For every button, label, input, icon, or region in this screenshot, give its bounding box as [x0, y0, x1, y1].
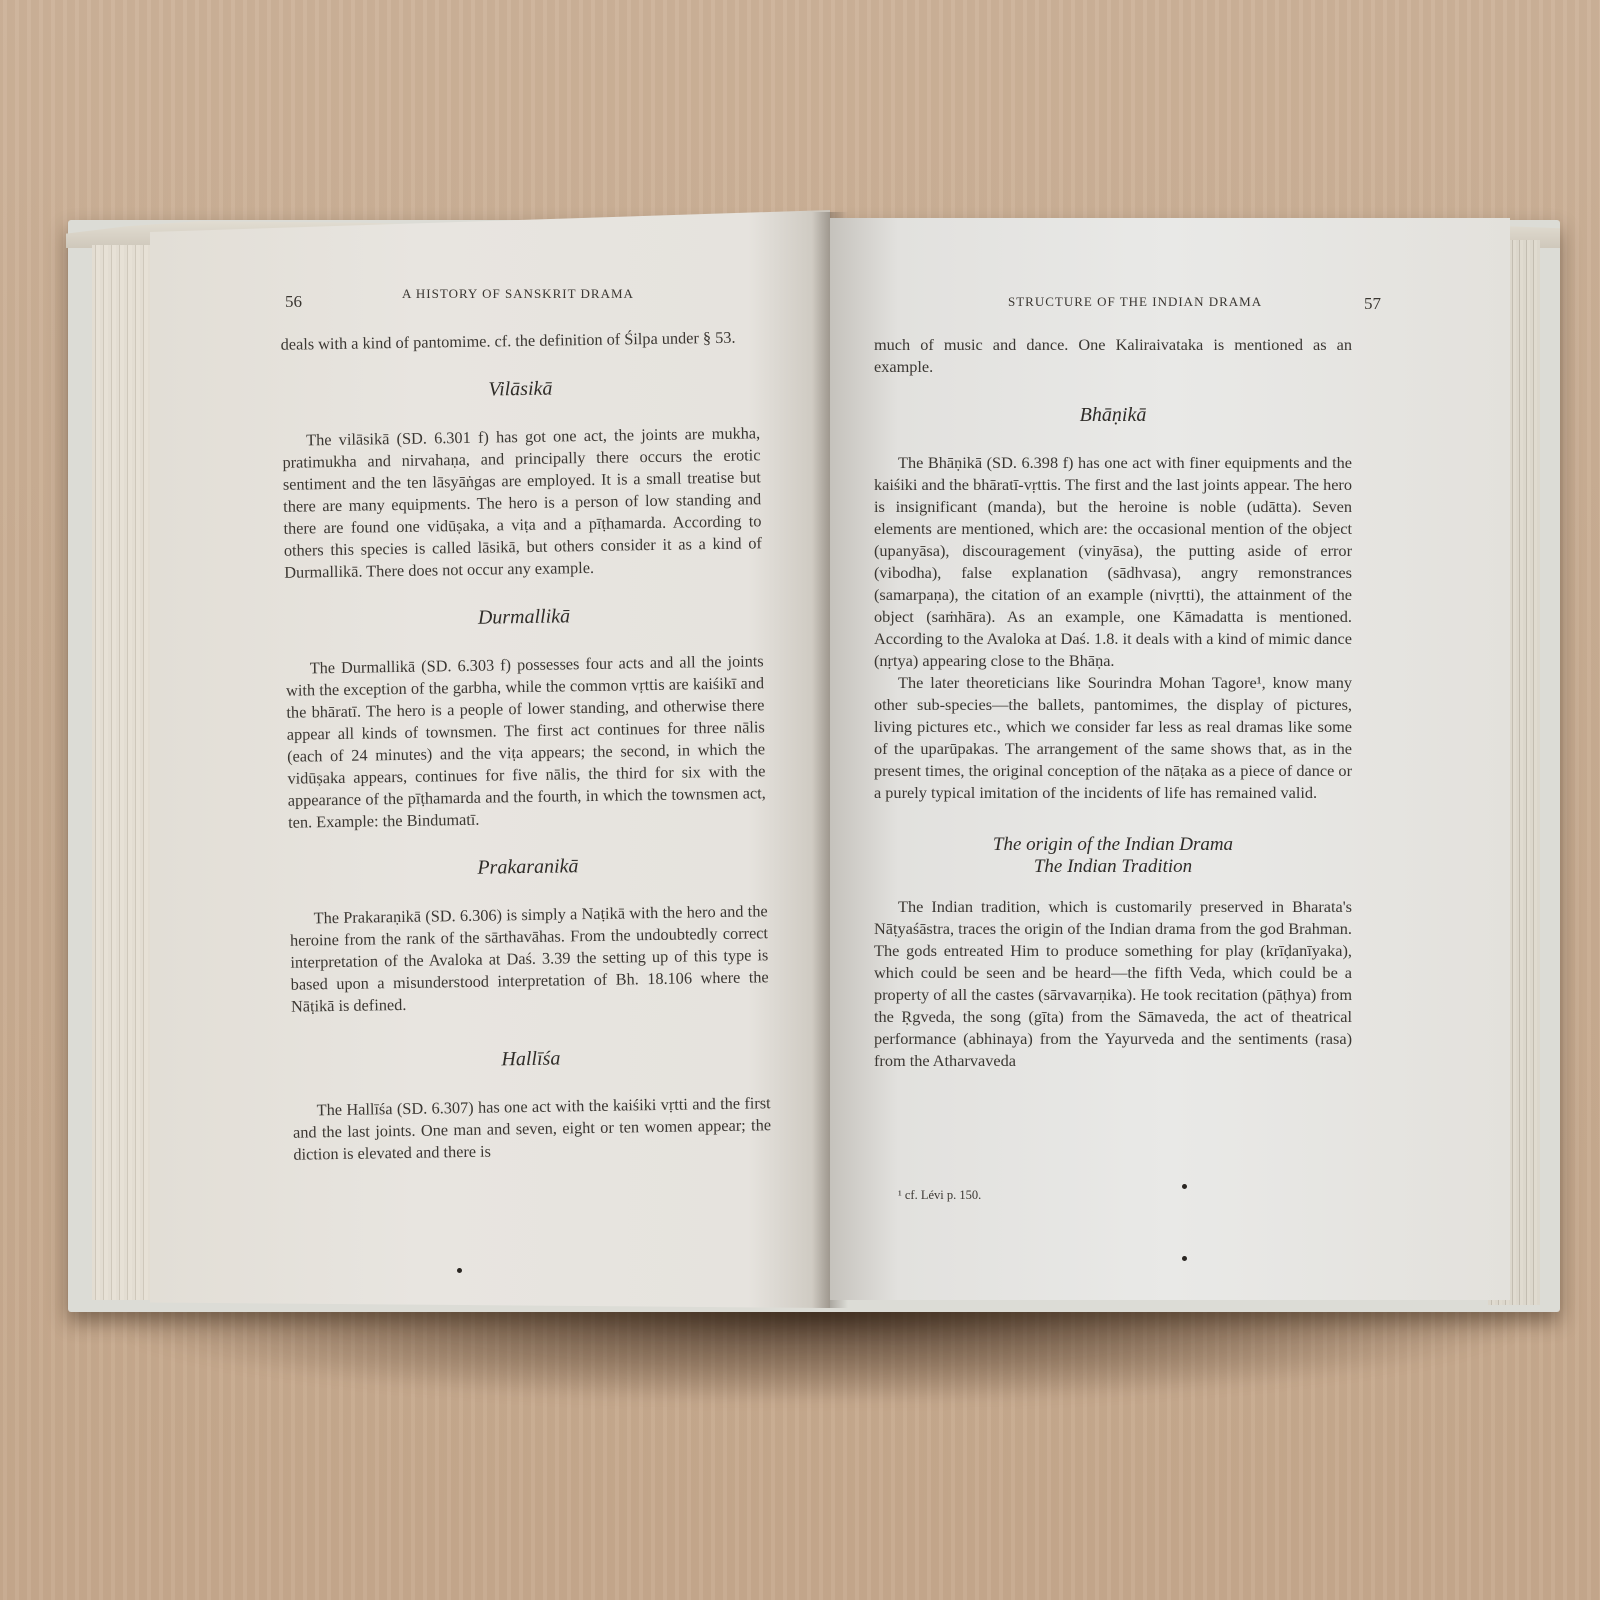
section-body-prakaranika: The Prakaraṇikā (SD. 6.306) is simply a …: [290, 900, 770, 1017]
right-text-block: much of music and dance. One Kaliraivata…: [874, 334, 1352, 1072]
section-heading-bhanika: Bhāṇikā: [874, 404, 1352, 426]
ink-speck: [1182, 1184, 1187, 1189]
section-body-hallisa: The Hallīśa (SD. 6.307) has one act with…: [293, 1092, 772, 1165]
right-page-number: 57: [1364, 294, 1381, 314]
right-running-head: STRUCTURE OF THE INDIAN DRAMA: [1008, 294, 1262, 310]
left-page-number: 56: [285, 292, 302, 312]
section-body-durmallika: The Durmallikā (SD. 6.303 f) possesses f…: [286, 650, 767, 833]
footnote: ¹ cf. Lévi p. 150.: [898, 1188, 981, 1203]
section-body-bhanika-2: The later theoreticians like Sourindra M…: [874, 672, 1352, 804]
section-heading-durmallika: Durmallikā: [285, 602, 763, 632]
section-heading-vilasika: Vilāsikā: [281, 374, 759, 404]
left-text-block: deals with a kind of pantomime. cf. the …: [280, 326, 771, 1165]
origin-title: The origin of the Indian Drama: [874, 834, 1352, 856]
section-heading-hallisa: Hallīśa: [292, 1044, 770, 1074]
section-heading-prakaranika: Prakaranikā: [289, 852, 767, 882]
right-opening-text: much of music and dance. One Kaliraivata…: [874, 334, 1352, 378]
left-opening-text: deals with a kind of pantomime. cf. the …: [280, 326, 758, 356]
section-body-bhanika-1: The Bhāṇikā (SD. 6.398 f) has one act wi…: [874, 452, 1352, 672]
left-running-head: A HISTORY OF SANSKRIT DRAMA: [402, 286, 634, 302]
right-page: STRUCTURE OF THE INDIAN DRAMA 57 much of…: [830, 218, 1510, 1300]
ink-speck: [1182, 1256, 1187, 1261]
section-body-vilasika: The vilāsikā (SD. 6.301 f) has got one a…: [282, 422, 762, 583]
section-heading-origin: The origin of the Indian Drama The India…: [874, 834, 1352, 878]
left-page: 56 A HISTORY OF SANSKRIT DRAMA deals wit…: [150, 210, 830, 1308]
ink-speck: [457, 1268, 462, 1273]
origin-subtitle: The Indian Tradition: [874, 856, 1352, 878]
section-body-origin: The Indian tradition, which is customari…: [874, 896, 1352, 1072]
